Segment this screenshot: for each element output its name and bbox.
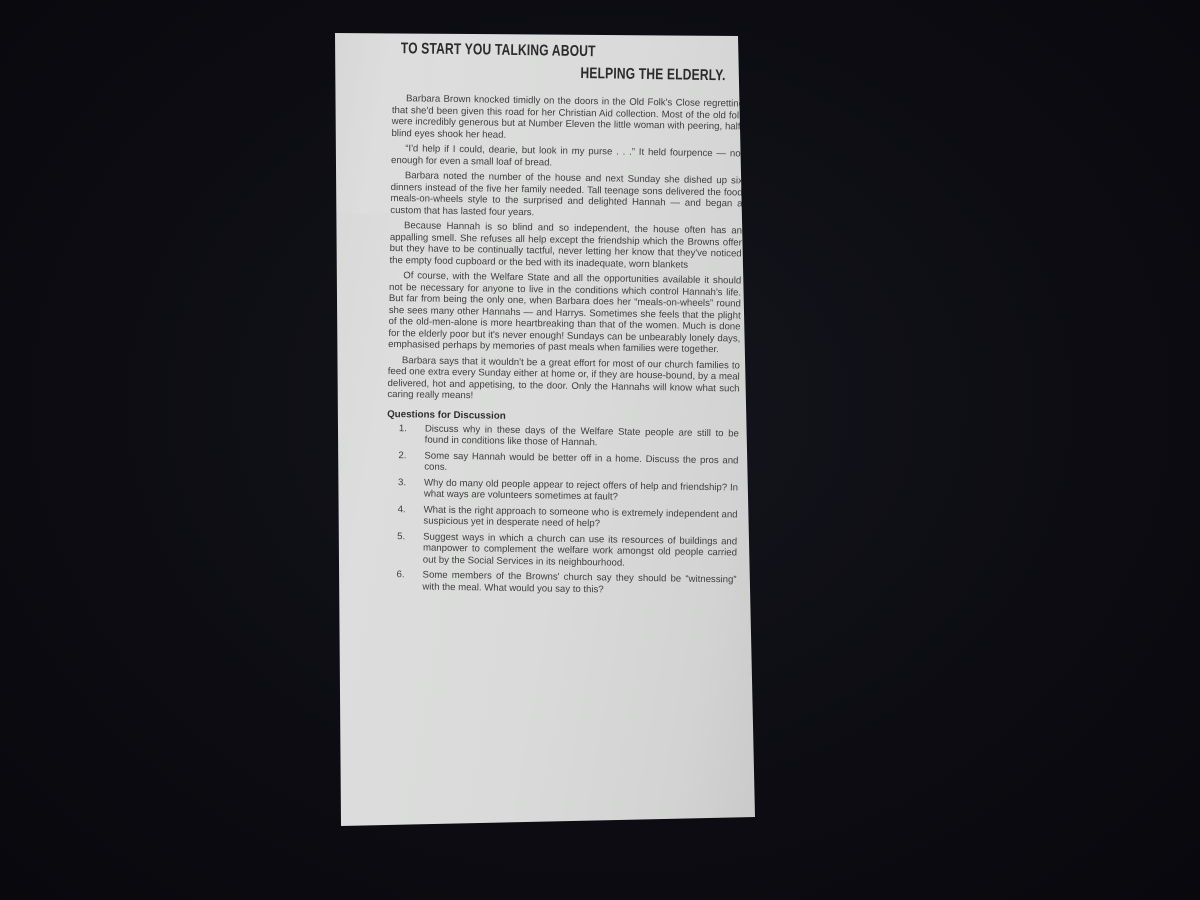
question-text: Suggest ways in which a church can use i… [423, 531, 738, 570]
heading-line-1: TO START YOU TALKING ABOUT [401, 39, 670, 63]
story-paragraph: Barbara noted the number of the house an… [390, 170, 743, 222]
story-paragraph: Barbara says that it wouldn't be a great… [387, 354, 740, 406]
question-text: Why do many old people appear to reject … [424, 477, 738, 505]
question-text: Discuss why in these days of the Welfare… [425, 423, 739, 451]
story-body: Barbara Brown knocked timidly on the doo… [387, 93, 744, 406]
story-paragraph: Barbara Brown knocked timidly on the doo… [391, 93, 744, 145]
question-item: 3. Why do many old people appear to reje… [386, 476, 738, 505]
question-item: 2. Some say Hannah would be better off i… [386, 449, 738, 478]
question-number: 2. [386, 449, 424, 473]
questions-list: 1. Discuss why in these days of the Welf… [384, 422, 739, 597]
heading-line-2: HELPING THE ELDERLY. [580, 64, 708, 86]
question-item: 4. What is the right approach to someone… [385, 503, 737, 532]
question-number: 1. [387, 422, 425, 446]
question-text: Some members of the Browns' church say t… [422, 570, 736, 598]
story-paragraph: Of course, with the Welfare State and al… [388, 270, 741, 356]
question-item: 1. Discuss why in these days of the Welf… [387, 422, 739, 451]
question-item: 5. Suggest ways in which a church can us… [385, 530, 737, 570]
question-number: 5. [385, 530, 424, 565]
story-paragraph: Because Hannah is so blind and so indepe… [389, 220, 742, 272]
leaflet-content: TO START YOU TALKING ABOUT HELPING THE E… [384, 39, 745, 601]
question-number: 3. [386, 476, 424, 500]
question-number: 4. [385, 503, 423, 527]
leaflet-page: TO START YOU TALKING ABOUT HELPING THE E… [335, 33, 755, 827]
question-text: Some say Hannah would be better off in a… [424, 450, 738, 478]
question-item: 6. Some members of the Browns' church sa… [384, 569, 736, 598]
question-number: 6. [384, 569, 422, 593]
story-paragraph: “I'd help if I could, dearie, but look i… [391, 143, 743, 172]
question-text: What is the right approach to someone wh… [423, 504, 737, 532]
